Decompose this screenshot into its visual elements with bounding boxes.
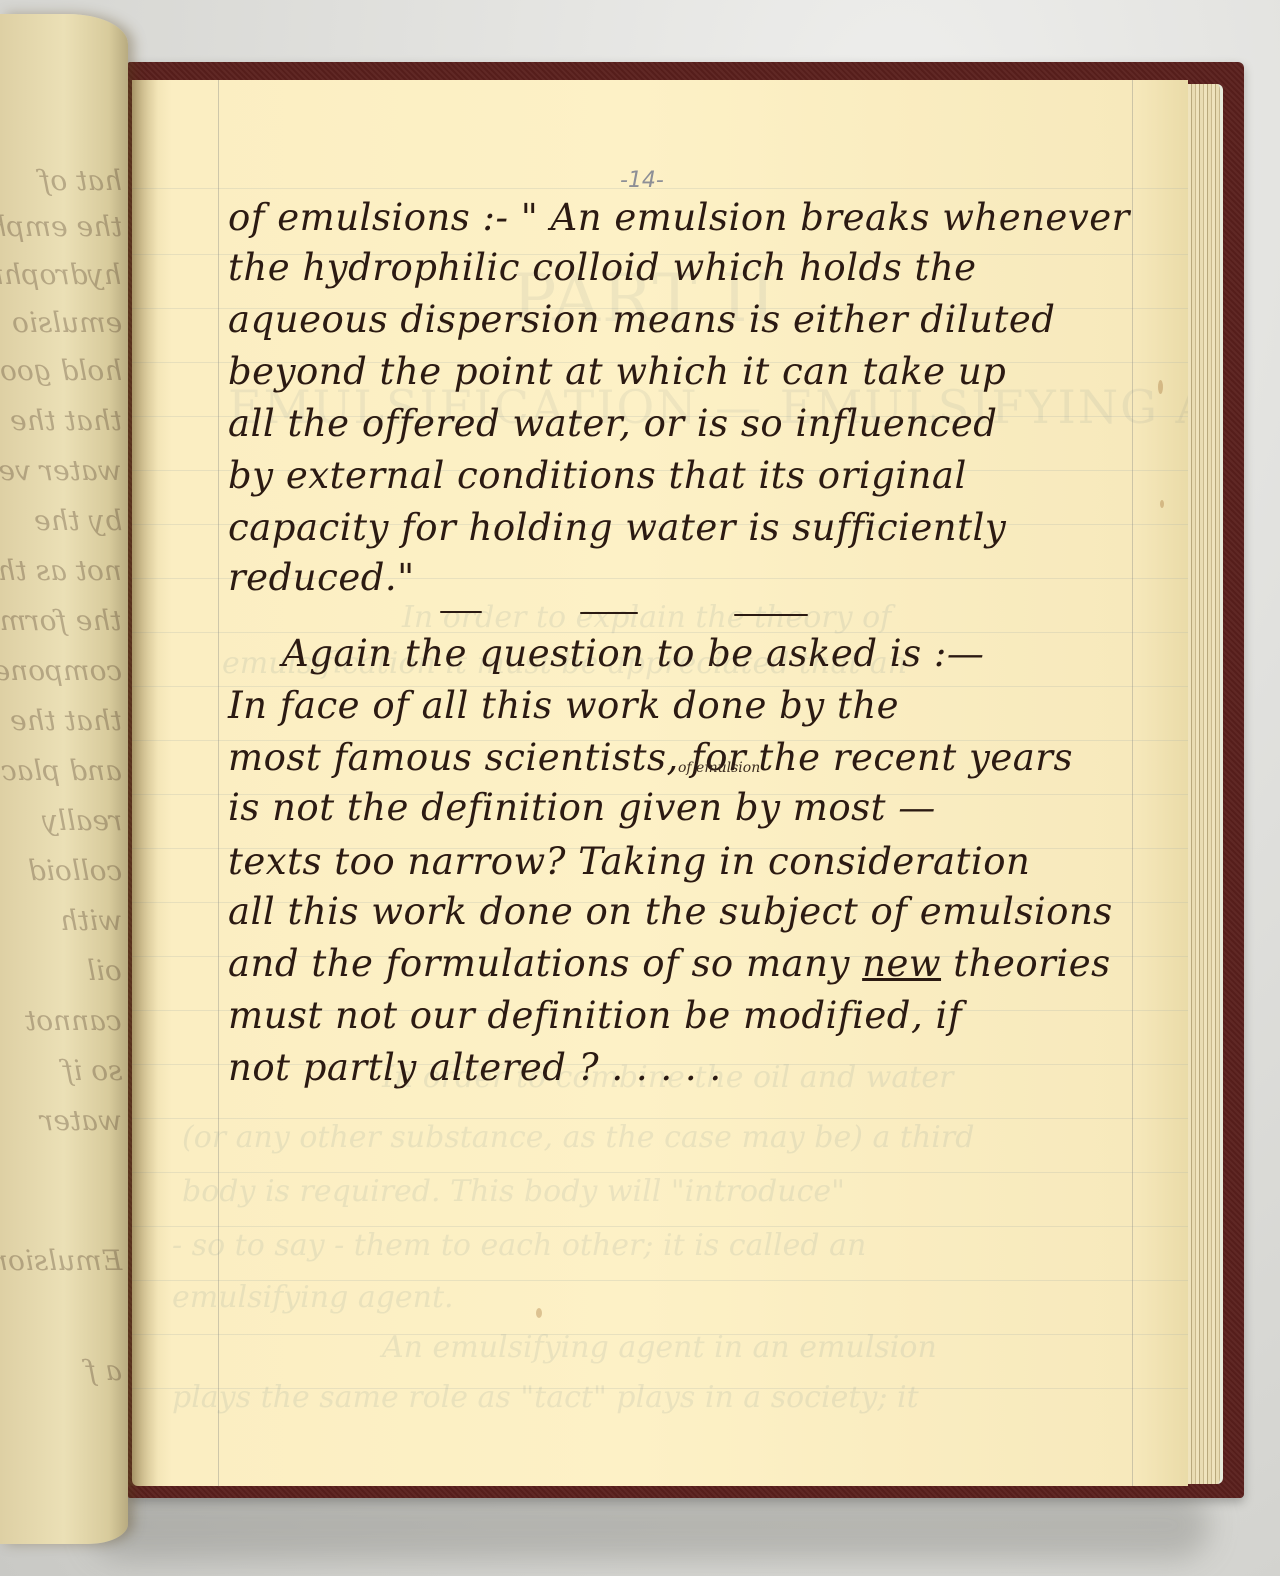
right-margin-line: [1132, 80, 1133, 1486]
mirrored-text: hat of: [40, 164, 122, 197]
mirrored-text: the emphe: [0, 210, 122, 243]
bleed-line: An emulsifying agent in an emulsion: [382, 1330, 937, 1365]
mirrored-text: a f: [86, 1354, 122, 1387]
text-line: all this work done on the subject of emu…: [228, 890, 1113, 933]
mirrored-text: really: [42, 804, 122, 837]
text-line: by external conditions that its original: [228, 454, 967, 497]
text-line: Again the question to be asked is :—: [282, 632, 984, 675]
text-segment: theories: [953, 942, 1110, 985]
text-line: must not our definition be modified, if: [228, 994, 962, 1037]
inserted-annotation: of emulsion: [678, 760, 760, 776]
mirrored-text: hydrophilic: [0, 258, 122, 291]
left-margin-line: [218, 80, 219, 1486]
foxing-spot: [536, 1308, 542, 1318]
text-line: is not the definition given by most —: [228, 786, 936, 829]
right-page: PART II EMULSIFICATION — EMULSIFYING AGE…: [132, 80, 1188, 1486]
foxing-spot: [1160, 500, 1164, 508]
gutter-shadow: [128, 80, 158, 1486]
mirrored-text: by the: [34, 504, 123, 537]
mirrored-text: cannot: [25, 1004, 122, 1037]
bleed-line: plays the same role as "tact" plays in a…: [172, 1380, 919, 1415]
page-number: -14-: [620, 168, 664, 193]
text-line: capacity for holding water is sufficient…: [228, 506, 1006, 549]
mirrored-text: water ver: [0, 454, 122, 487]
mirrored-text: and plac: [1, 754, 122, 787]
ruled-line: [132, 1226, 1188, 1227]
ruled-line: [132, 1118, 1188, 1119]
mirrored-text: with: [60, 904, 122, 937]
mirrored-text: components: [0, 654, 122, 687]
text-line: all the offered water, or is so influenc…: [228, 402, 997, 445]
text-segment: and the formulations of so many: [228, 942, 850, 985]
mirrored-text: not as the: [0, 554, 122, 587]
mirrored-text: water: [40, 1104, 122, 1137]
text-line: beyond the point at which it can take up: [228, 350, 1006, 393]
underlined-word: new: [862, 942, 941, 985]
mirrored-text: so if: [63, 1054, 122, 1087]
text-line: texts too narrow? Taking in consideratio…: [228, 840, 1030, 883]
text-line: aqueous dispersion means is either dilut…: [228, 298, 1055, 341]
mirrored-text: the forma: [0, 604, 122, 637]
mirrored-text: colloid: [28, 854, 122, 887]
text-line: the hydrophilic colloid which holds the: [228, 246, 977, 289]
mirrored-text: emulsio: [12, 306, 122, 339]
text-line: In face of all this work done by the: [228, 684, 899, 727]
bleed-line: emulsifying agent.: [172, 1280, 454, 1315]
divider-dash: [580, 612, 638, 614]
mirrored-text: oil: [87, 954, 122, 987]
mirrored-text: Emulsion: [0, 1244, 122, 1277]
text-line: and the formulations of so many new theo…: [228, 942, 1111, 985]
ruled-line: [132, 1172, 1188, 1173]
mirrored-text: hold goo: [0, 354, 122, 387]
bleed-line: body is required. This body will "introd…: [182, 1174, 845, 1209]
divider-dash: [440, 611, 482, 613]
text-line: not partly altered ? . . . . .: [228, 1046, 722, 1089]
bleed-line: (or any other substance, as the case may…: [182, 1120, 974, 1155]
text-line: reduced.": [228, 556, 415, 599]
bleed-line: - so to say - them to each other; it is …: [172, 1228, 866, 1263]
divider-dash: [734, 614, 808, 616]
mirrored-text: that the: [10, 704, 122, 737]
bleed-line: In order to explain the theory of: [402, 600, 891, 635]
left-facing-page: hat of the emphe hydrophilic emulsio hol…: [0, 14, 128, 1544]
foxing-spot: [1158, 380, 1163, 394]
mirrored-text: that the: [10, 404, 122, 437]
book-shadow: [90, 1490, 1210, 1560]
text-line: of emulsions :- " An emulsion breaks whe…: [228, 196, 1130, 239]
text-line: most famous scientists, for the recent y…: [228, 736, 1073, 779]
